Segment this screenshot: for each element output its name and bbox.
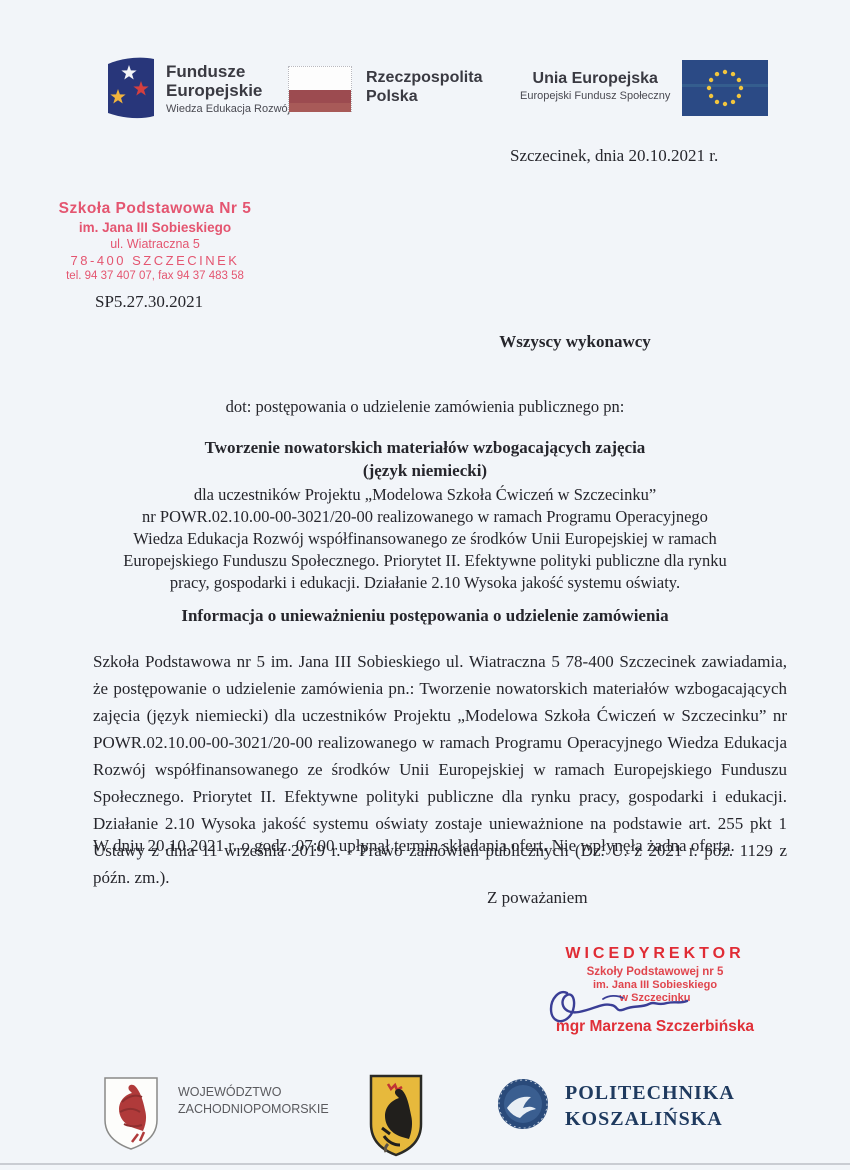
subject-title-line1: Tworzenie nowatorskich materiałów wzboga… — [78, 438, 772, 458]
pk-line1: POLITECHNIKA — [565, 1080, 735, 1106]
school-address-stamp: Szkoła Podstawowa Nr 5 im. Jana III Sobi… — [30, 200, 280, 282]
fundusze-europejskie-flag-icon — [100, 56, 158, 120]
stamp-phone: tel. 94 37 407 07, fax 94 37 483 58 — [30, 270, 280, 282]
polish-flag-icon — [288, 66, 352, 112]
fundusze-europejskie-logo: Fundusze Europejskie Wiedza Edukacja Roz… — [100, 56, 290, 120]
rzeczpospolita-label: Rzeczpospolita Polska — [366, 68, 482, 106]
stamp-school-patron: im. Jana III Sobieskiego — [30, 220, 280, 235]
funding-logos-header: Fundusze Europejskie Wiedza Edukacja Roz… — [0, 50, 850, 130]
wojewodztwo-logo: WOJEWÓDZTWO ZACHODNIOPOMORSKIE — [102, 1076, 329, 1152]
footer-logos: WOJEWÓDZTWO ZACHODNIOPOMORSKIE POLITECH — [0, 1070, 850, 1165]
subject-detail-line: Europejskiego Funduszu Społecznego. Prio… — [78, 551, 772, 571]
woj-line2: ZACHODNIOPOMORSKIE — [178, 1101, 329, 1118]
handwritten-signature-icon — [545, 975, 705, 1030]
pl-title-line1: Rzeczpospolita — [366, 68, 482, 87]
politechnika-label: POLITECHNIKA KOSZALIŃSKA — [565, 1080, 735, 1132]
eu-subtitle: Europejski Fundusz Społeczny — [520, 90, 670, 102]
eu-title: Unia Europejska — [520, 70, 670, 88]
subject-detail-line: nr POWR.02.10.00-00-3021/20-00 realizowa… — [78, 507, 772, 527]
subject-detail-line: dla uczestników Projektu „Modelowa Szkoł… — [78, 485, 772, 505]
body-paragraph-2: W dniu 20.10.2021 r. o godz. 07:00 upłyn… — [93, 832, 787, 859]
unia-europejska-label: Unia Europejska Europejski Fundusz Społe… — [520, 70, 670, 102]
subject-detail-line: Wiedza Edukacja Rozwój współfinansowaneg… — [78, 529, 772, 549]
pk-line2: KOSZALIŃSKA — [565, 1106, 735, 1132]
document-page: Fundusze Europejskie Wiedza Edukacja Roz… — [0, 0, 850, 1170]
fundusze-europejskie-label: Fundusze Europejskie Wiedza Edukacja Roz… — [166, 62, 290, 115]
fe-subtitle: Wiedza Edukacja Rozwój — [166, 103, 290, 115]
pl-title-line2: Polska — [366, 87, 482, 106]
politechnika-seal-icon — [497, 1078, 549, 1130]
scan-edge-shadow — [0, 1163, 850, 1165]
subject-detail-line: pracy, gospodarki i edukacji. Działanie … — [78, 573, 772, 593]
dateline: Szczecinek, dnia 20.10.2021 r. — [510, 146, 718, 166]
stamp-role-title: WICEDYREKTOR — [520, 945, 790, 963]
fe-title-line1: Fundusze — [166, 62, 290, 81]
woj-line1: WOJEWÓDZTWO — [178, 1084, 329, 1101]
section-heading: Informacja o unieważnieniu postępowania … — [78, 606, 772, 626]
politechnika-logo: POLITECHNIKA KOSZALIŃSKA — [497, 1078, 735, 1132]
fe-title-line2: Europejskie — [166, 81, 290, 100]
unia-europejska-logo: Unia Europejska Europejski Fundusz Społe… — [520, 60, 768, 116]
rzeczpospolita-polska-logo: Rzeczpospolita Polska — [288, 66, 482, 112]
subject-intro: dot: postępowania o udzielenie zamówieni… — [78, 397, 772, 417]
stamp-street: ul. Wiatraczna 5 — [30, 237, 280, 251]
szczecinek-coat-of-arms — [368, 1074, 424, 1163]
reference-number: SP5.27.30.2021 — [95, 292, 203, 312]
stamp-city: 78-400 SZCZECINEK — [30, 253, 280, 268]
addressee: Wszyscy wykonawcy — [460, 332, 690, 352]
szczecinek-griffin-shield-icon — [368, 1074, 424, 1158]
zachodniopomorskie-griffin-shield-icon — [102, 1076, 160, 1152]
eu-flag-icon — [682, 60, 768, 116]
wojewodztwo-label: WOJEWÓDZTWO ZACHODNIOPOMORSKIE — [178, 1084, 329, 1118]
stamp-school-name: Szkoła Podstawowa Nr 5 — [30, 200, 280, 218]
closing-phrase: Z poważaniem — [487, 888, 588, 908]
subject-title-line2: (język niemiecki) — [78, 461, 772, 481]
